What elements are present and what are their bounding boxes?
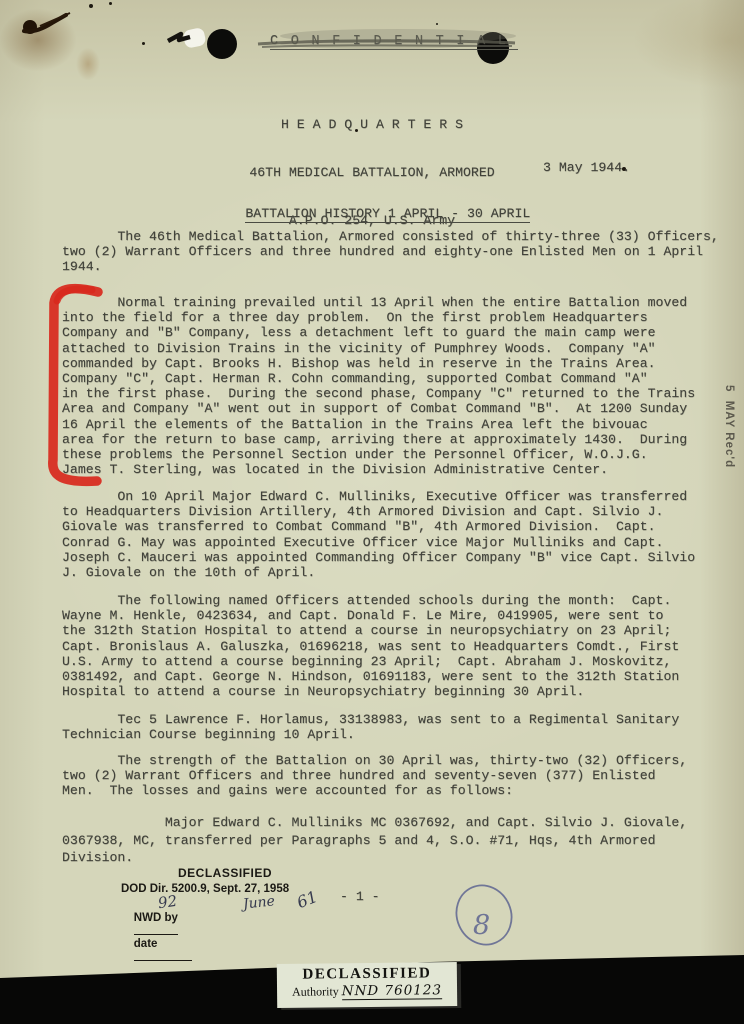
received-stamp: 5 MAY Rec'd <box>723 385 735 468</box>
archive-label-title: DECLASSIFIED <box>277 962 457 984</box>
paper-speck <box>89 4 93 8</box>
archive-declassified-label: DECLASSIFIED Authority NND 760123 <box>277 962 457 1008</box>
scanned-document-page: CONFIDENTIAL H E A D Q U A R T E R S 46T… <box>0 0 744 1024</box>
nwd-prefix: NWD by <box>134 912 178 924</box>
paragraph-field-problem: Normal training prevailed until 13 April… <box>62 295 695 477</box>
paragraph-strength-1april: The 46th Medical Battalion, Armored cons… <box>62 229 719 275</box>
nwd-signature-handwriting: 92 <box>157 892 178 912</box>
paragraph-schools: The following named Officers attended sc… <box>62 593 679 699</box>
archive-label-authority: Authority NND 760123 <box>277 982 457 1000</box>
date-signature-handwriting: June <box>242 893 275 912</box>
declassified-stamp-directive: DOD Dir. 5200.9, Sept. 27, 1958 <box>121 883 289 895</box>
document-title-text: BATTALION HISTORY 1 APRIL - 30 APRIL <box>245 206 530 223</box>
paper-speck <box>436 23 438 25</box>
letterhead-line2: 46TH MEDICAL BATTALION, ARMORED <box>0 165 744 181</box>
document-date: 3 May 1944. <box>543 160 630 175</box>
authority-value-handwriting: NND 760123 <box>342 982 442 1000</box>
received-day: 5 <box>723 385 735 392</box>
paper-speck <box>109 2 112 5</box>
authority-label: Authority <box>292 984 339 998</box>
declassified-stamp-nwd-line: NWD by date <box>121 900 192 976</box>
date-label: date <box>134 938 158 950</box>
confidential-stamp: CONFIDENTIAL <box>270 34 518 50</box>
paragraph-losses: Major Edward C. Mulliniks MC 0367692, an… <box>62 814 687 867</box>
page-number: - 1 - <box>340 889 380 904</box>
declassified-stamp-title: DECLASSIFIED <box>178 866 272 880</box>
letterhead-line1: H E A D Q U A R T E R S <box>0 117 744 133</box>
paragraph-transfers: On 10 April Major Edward C. Mulliniks, E… <box>62 489 695 580</box>
received-text: MAY Rec'd <box>723 401 735 468</box>
paragraph-tec5: Tec 5 Lawrence F. Horlamus, 33138983, wa… <box>62 712 679 742</box>
date-signature-blank <box>134 950 192 961</box>
punch-hole-left <box>207 29 237 59</box>
paragraph-strength-30april: The strength of the Battalion on 30 Apri… <box>62 753 687 799</box>
paper-speck <box>142 42 145 45</box>
nwd-signature-blank <box>134 924 178 935</box>
